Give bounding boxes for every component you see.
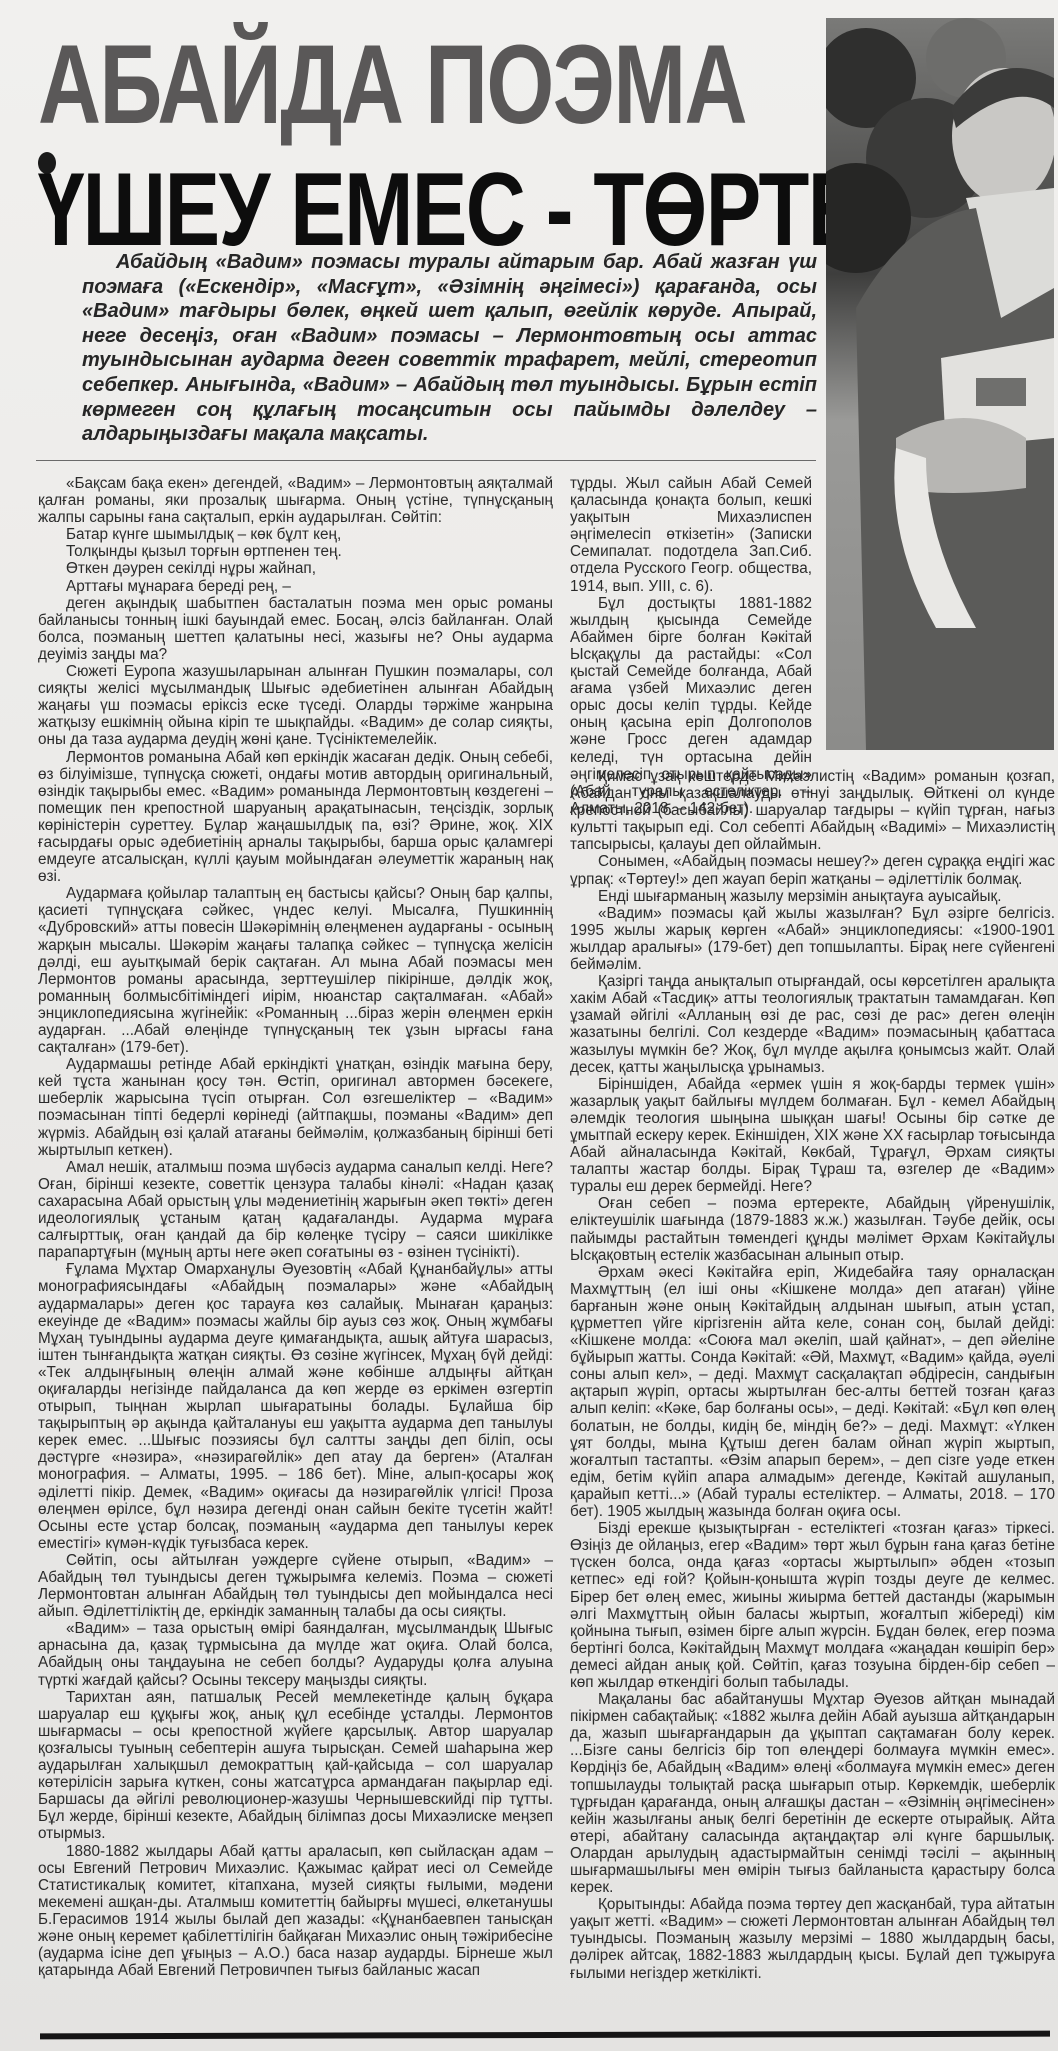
left-column: «Бақсам бақа екен» дегендей, «Вадим» – Л… bbox=[38, 475, 553, 1979]
newspaper-page: АБАЙДА ПОЭМА ҮШЕУ ЕМЕС - ТӨРТЕУ Абайдың … bbox=[0, 0, 1058, 2051]
verse-line: Толқынды қызыл торғын өртпенен тең. bbox=[66, 543, 553, 560]
paragraph: Ғұлама Мұхтар Омарханұлы Әуезовтің «Абай… bbox=[38, 1261, 553, 1552]
paragraph: Тарихтан аян, патшалық Ресей мемлекетінд… bbox=[38, 1689, 553, 1843]
paragraph: «Вадим» – таза орыстың өмірі баяндалған,… bbox=[38, 1620, 553, 1688]
author-photo bbox=[826, 18, 1054, 750]
bottom-rule bbox=[40, 2031, 1050, 2040]
right-column-top: тұрды. Жыл сайын Абай Семей қаласында қо… bbox=[570, 475, 812, 817]
paragraph: Қорытынды: Абайда поэма төртеу деп жасқа… bbox=[570, 1896, 1055, 1981]
headline-line-2: ҮШЕУ ЕМЕС - ТӨРТЕУ bbox=[38, 160, 646, 260]
verse-line: Арттағы мұнараға береді рең, – bbox=[66, 578, 553, 595]
paragraph: Мақаланы бас абайтанушы Мұхтар Әуезов ай… bbox=[570, 1691, 1055, 1896]
paragraph: Аудармашы ретінде Абай еркіндікті ұнатқа… bbox=[38, 1056, 553, 1159]
paragraph: Қазіргі таңда анықталып отырғандай, осы … bbox=[570, 973, 1055, 1076]
paragraph: Оған себеп – поэма ертеректе, Абайдың үй… bbox=[570, 1195, 1055, 1263]
divider-line bbox=[36, 460, 816, 461]
verse-line: Өткен дәурен секілді нұры жайнап, bbox=[66, 560, 553, 577]
verse-line: Батар күнге шымылдық – көк бұлт кең, bbox=[66, 526, 553, 543]
person-photo-icon bbox=[826, 18, 1054, 750]
paragraph: деген ақындық шабытпен басталатын поэма … bbox=[38, 595, 553, 663]
paragraph: Аудармаға қойылар талаптың ең бастысы қа… bbox=[38, 885, 553, 1056]
verse-block: Батар күнге шымылдық – көк бұлт кең, Тол… bbox=[66, 526, 553, 594]
paragraph: Амал нешік, аталмыш поэма шүбәсіз аударм… bbox=[38, 1159, 553, 1262]
paragraph: «Вадим» поэмасы қай жылы жазылған? Бұл ә… bbox=[570, 905, 1055, 973]
paragraph: Сюжеті Еуропа жазушыларынан алынған Пушк… bbox=[38, 663, 553, 748]
paragraph: Сонымен, «Абайдың поэмасы нешеу?» деген … bbox=[570, 853, 1055, 887]
paragraph: «Бақсам бақа екен» дегендей, «Вадим» – Л… bbox=[38, 475, 553, 526]
right-column: Қимас ұзақ кештерде Михаэлистің «Вадим» … bbox=[570, 768, 1055, 1982]
paragraph: Әрхам әкесі Кәкітайға еріп, Жидебайға та… bbox=[570, 1264, 1055, 1520]
paragraph: Сөйтіп, осы айтылған уәждерге сүйене оты… bbox=[38, 1552, 553, 1620]
paragraph: Бізді ерекше қызықтырған - естеліктегі «… bbox=[570, 1520, 1055, 1691]
paragraph: Лермонтов романына Абай көп еркіндік жас… bbox=[38, 749, 553, 886]
headline-line-1: АБАЙДА ПОЭМА bbox=[38, 30, 631, 140]
paragraph: тұрды. Жыл сайын Абай Семей қаласында қо… bbox=[570, 475, 812, 595]
paragraph: Енді шығарманың жазылу мерзімін анықтауғ… bbox=[570, 888, 1055, 905]
lead-paragraph: Абайдың «Вадим» поэмасы туралы айтарым б… bbox=[82, 250, 817, 447]
paragraph: 1880-1882 жылдары Абай қатты араласып, к… bbox=[38, 1843, 553, 1980]
paragraph: Қимас ұзақ кештерде Михаэлистің «Вадим» … bbox=[570, 768, 1055, 853]
paragraph: Біріншіден, Абайда «ермек үшін я жоқ-бар… bbox=[570, 1076, 1055, 1196]
